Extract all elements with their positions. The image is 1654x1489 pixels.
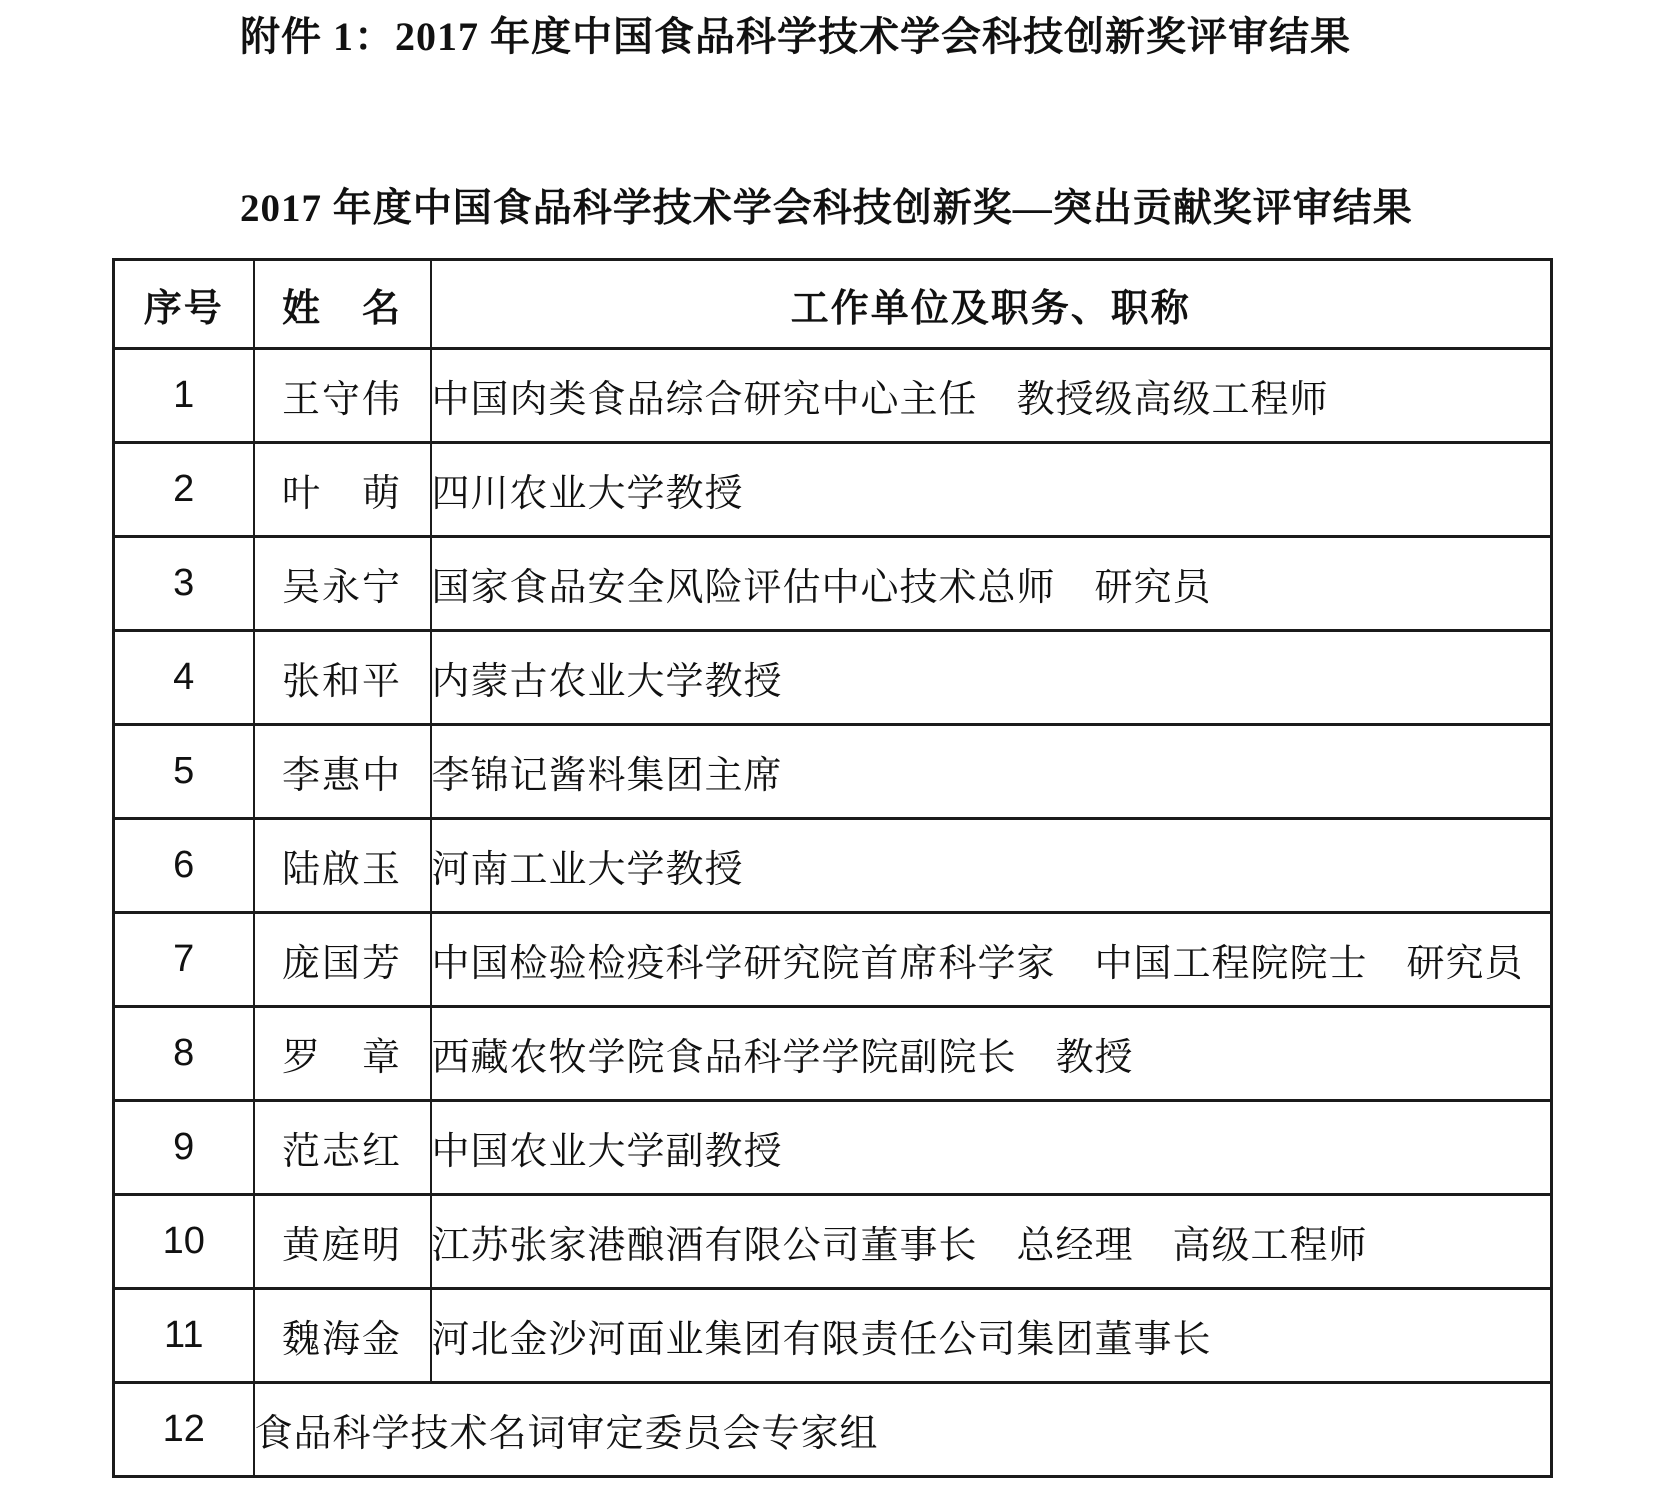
work-unit: 四川农业大学教授: [431, 443, 1552, 537]
column-header-name: 姓 名: [254, 260, 431, 349]
row-number: 1: [114, 349, 254, 443]
column-header-number: 序号: [114, 260, 254, 349]
table-row: 6 陆啟玉 河南工业大学教授: [114, 819, 1552, 913]
document-title: 附件 1：2017 年度中国食品科学技术学会科技创新奖评审结果: [240, 14, 1351, 60]
row-number: 8: [114, 1007, 254, 1101]
table-row: 3 吴永宁 国家食品安全风险评估中心技术总师 研究员: [114, 537, 1552, 631]
person-name: 魏海金: [254, 1289, 431, 1383]
work-unit: 河北金沙河面业集团有限责任公司集团董事长: [431, 1289, 1552, 1383]
work-unit: 内蒙古农业大学教授: [431, 631, 1552, 725]
table-row: 4 张和平 内蒙古农业大学教授: [114, 631, 1552, 725]
row-number: 5: [114, 725, 254, 819]
row-number: 12: [114, 1383, 254, 1477]
row-number: 3: [114, 537, 254, 631]
work-unit: 中国肉类食品综合研究中心主任 教授级高级工程师: [431, 349, 1552, 443]
person-name: 叶 萌: [254, 443, 431, 537]
table-row: 1 王守伟 中国肉类食品综合研究中心主任 教授级高级工程师: [114, 349, 1552, 443]
award-results-table: 序号 姓 名 工作单位及职务、职称 1 王守伟 中国肉类食品综合研究中心主任 教…: [112, 258, 1553, 1478]
work-unit: 中国检验检疫科学研究院首席科学家 中国工程院院士 研究员: [431, 913, 1552, 1007]
table-row: 7 庞国芳 中国检验检疫科学研究院首席科学家 中国工程院院士 研究员: [114, 913, 1552, 1007]
work-unit: 江苏张家港酿酒有限公司董事长 总经理 高级工程师: [431, 1195, 1552, 1289]
table-row: 9 范志红 中国农业大学副教授: [114, 1101, 1552, 1195]
person-name: 庞国芳: [254, 913, 431, 1007]
row-number: 9: [114, 1101, 254, 1195]
work-unit: 河南工业大学教授: [431, 819, 1552, 913]
row-number: 6: [114, 819, 254, 913]
person-name: 范志红: [254, 1101, 431, 1195]
table-row: 5 李惠中 李锦记酱料集团主席: [114, 725, 1552, 819]
person-name: 李惠中: [254, 725, 431, 819]
row-number: 10: [114, 1195, 254, 1289]
row-number: 11: [114, 1289, 254, 1383]
person-name: 张和平: [254, 631, 431, 725]
person-name: 黄庭明: [254, 1195, 431, 1289]
work-unit: 李锦记酱料集团主席: [431, 725, 1552, 819]
row-number: 2: [114, 443, 254, 537]
table-row: 11 魏海金 河北金沙河面业集团有限责任公司集团董事长: [114, 1289, 1552, 1383]
expert-group-cell: 食品科学技术名词审定委员会专家组: [254, 1383, 1552, 1477]
row-number: 4: [114, 631, 254, 725]
table-row: 2 叶 萌 四川农业大学教授: [114, 443, 1552, 537]
person-name: 陆啟玉: [254, 819, 431, 913]
work-unit: 国家食品安全风险评估中心技术总师 研究员: [431, 537, 1552, 631]
row-number: 7: [114, 913, 254, 1007]
document-page: 附件 1：2017 年度中国食品科学技术学会科技创新奖评审结果 2017 年度中…: [0, 0, 1654, 1489]
work-unit: 西藏农牧学院食品科学学院副院长 教授: [431, 1007, 1552, 1101]
table-row: 8 罗 章 西藏农牧学院食品科学学院副院长 教授: [114, 1007, 1552, 1101]
work-unit: 中国农业大学副教授: [431, 1101, 1552, 1195]
person-name: 王守伟: [254, 349, 431, 443]
table-row: 10 黄庭明 江苏张家港酿酒有限公司董事长 总经理 高级工程师: [114, 1195, 1552, 1289]
section-subtitle: 2017 年度中国食品科学技术学会科技创新奖—突出贡献奖评审结果: [240, 186, 1413, 232]
table-row-merged: 12 食品科学技术名词审定委员会专家组: [114, 1383, 1552, 1477]
table-header-row: 序号 姓 名 工作单位及职务、职称: [114, 260, 1552, 349]
column-header-unit: 工作单位及职务、职称: [431, 260, 1552, 349]
person-name: 罗 章: [254, 1007, 431, 1101]
person-name: 吴永宁: [254, 537, 431, 631]
